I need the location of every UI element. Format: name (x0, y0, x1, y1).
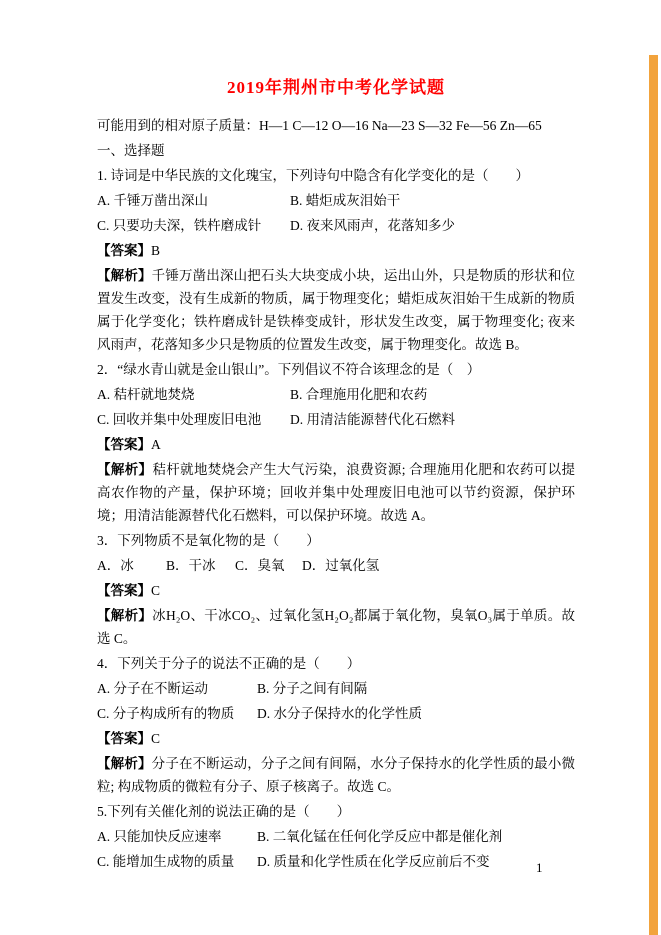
question-block-5: 5.下列有关催化剂的说法正确的是（ ） A. 只能加快反应速率 B. 二氧化锰在… (97, 800, 575, 873)
question-stem: 2．“绿水青山就是金山银山”。下列倡议不符合该理念的是（ ） (97, 358, 575, 381)
option-c: C. 能增加生成物的质量 (97, 850, 257, 873)
option-row: C. 分子构成所有的物质 D. 水分子保持水的化学性质 (97, 702, 575, 725)
option-row: A. 千锤万凿出深山 B. 蜡炬成灰泪始干 (97, 189, 575, 212)
option-c: C. 只要功夫深，铁杵磨成针 (97, 214, 290, 237)
option-a: A. 只能加快反应速率 (97, 825, 257, 848)
answer-tag: 【答案】 (97, 583, 151, 598)
option-b: B. 二氧化锰在任何化学反应中都是催化剂 (257, 825, 502, 848)
option-row: A. 秸杆就地焚烧 B. 合理施用化肥和农药 (97, 383, 575, 406)
answer-tag: 【答案】 (97, 731, 151, 746)
analysis-tag: 【解析】 (97, 462, 152, 477)
option-b: B．干冰 (166, 554, 235, 577)
question-block-3: 3．下列物质不是氧化物的是（ ） A．冰 B．干冰 C．臭氧 D．过氧化氢 【答… (97, 529, 575, 650)
option-c: C. 分子构成所有的物质 (97, 702, 257, 725)
option-row: C. 能增加生成物的质量 D. 质量和化学性质在化学反应前后不变 (97, 850, 575, 873)
atomic-mass-note: 可能用到的相对原子质量：H—1 C—12 O—16 Na—23 S—32 Fe—… (97, 114, 575, 137)
question-stem: 4．下列关于分子的说法不正确的是（ ） (97, 652, 575, 675)
option-b: B. 合理施用化肥和农药 (290, 383, 427, 406)
right-edge-accent-bar (649, 55, 658, 935)
answer-tag: 【答案】 (97, 243, 151, 258)
analysis-paragraph: 【解析】秸杆就地焚烧会产生大气污染，浪费资源; 合理施用化肥和农药可以提高农作物… (97, 458, 575, 527)
answer-line: 【答案】C (97, 727, 575, 750)
analysis-text: 冰H₂O、干冰CO₂、过氧化氢H₂O₂都属于氧化物，臭氧O₃属于单质。故选 C。 (97, 608, 575, 646)
question-stem: 1. 诗词是中华民族的文化瑰宝，下列诗句中隐含有化学变化的是（ ） (97, 164, 575, 187)
answer-value: C (151, 583, 160, 598)
answer-value: C (151, 731, 160, 746)
option-c: C．臭氧 (235, 554, 302, 577)
analysis-tag: 【解析】 (97, 608, 152, 623)
analysis-paragraph: 【解析】冰H₂O、干冰CO₂、过氧化氢H₂O₂都属于氧化物，臭氧O₃属于单质。故… (97, 604, 575, 650)
analysis-text: 千锤万凿出深山把石头大块变成小块，运出山外，只是物质的形状和位置发生改变，没有生… (97, 268, 575, 352)
analysis-text: 秸杆就地焚烧会产生大气污染，浪费资源; 合理施用化肥和农药可以提高农作物的产量，… (97, 462, 575, 523)
option-d: D. 水分子保持水的化学性质 (257, 702, 422, 725)
option-d: D．过氧化氢 (302, 554, 379, 577)
question-block-2: 2．“绿水青山就是金山银山”。下列倡议不符合该理念的是（ ） A. 秸杆就地焚烧… (97, 358, 575, 527)
option-row: C. 只要功夫深，铁杵磨成针 D. 夜来风雨声，花落知多少 (97, 214, 575, 237)
analysis-tag: 【解析】 (97, 268, 152, 283)
option-a: A. 分子在不断运动 (97, 677, 257, 700)
answer-value: A (151, 437, 161, 452)
option-a: A. 秸杆就地焚烧 (97, 383, 290, 406)
analysis-paragraph: 【解析】分子在不断运动，分子之间有间隔，水分子保持水的化学性质的最小微粒; 构成… (97, 752, 575, 798)
option-row: A．冰 B．干冰 C．臭氧 D．过氧化氢 (97, 554, 575, 577)
option-d: D. 夜来风雨声，花落知多少 (290, 214, 455, 237)
answer-value: B (151, 243, 160, 258)
question-stem: 5.下列有关催化剂的说法正确的是（ ） (97, 800, 575, 823)
option-c: C. 回收并集中处理废旧电池 (97, 408, 290, 431)
option-a: A．冰 (97, 554, 166, 577)
option-b: B. 蜡炬成灰泪始干 (290, 189, 400, 212)
option-row: A. 分子在不断运动 B. 分子之间有间隔 (97, 677, 575, 700)
question-block-4: 4．下列关于分子的说法不正确的是（ ） A. 分子在不断运动 B. 分子之间有间… (97, 652, 575, 798)
answer-line: 【答案】C (97, 579, 575, 602)
option-d: D. 用清洁能源替代化石燃料 (290, 408, 455, 431)
page-number: 1 (536, 860, 543, 876)
analysis-text: 分子在不断运动，分子之间有间隔，水分子保持水的化学性质的最小微粒; 构成物质的微… (97, 756, 575, 794)
option-d: D. 质量和化学性质在化学反应前后不变 (257, 850, 490, 873)
option-row: C. 回收并集中处理废旧电池 D. 用清洁能源替代化石燃料 (97, 408, 575, 431)
page-title: 2019年荆州市中考化学试题 (97, 76, 575, 100)
option-b: B. 分子之间有间隔 (257, 677, 367, 700)
document-page: 2019年荆州市中考化学试题 可能用到的相对原子质量：H—1 C—12 O—16… (0, 0, 661, 935)
answer-line: 【答案】A (97, 433, 575, 456)
question-block-1: 1. 诗词是中华民族的文化瑰宝，下列诗句中隐含有化学变化的是（ ） A. 千锤万… (97, 164, 575, 356)
answer-tag: 【答案】 (97, 437, 151, 452)
analysis-paragraph: 【解析】千锤万凿出深山把石头大块变成小块，运出山外，只是物质的形状和位置发生改变… (97, 264, 575, 356)
option-row: A. 只能加快反应速率 B. 二氧化锰在任何化学反应中都是催化剂 (97, 825, 575, 848)
answer-line: 【答案】B (97, 239, 575, 262)
option-a: A. 千锤万凿出深山 (97, 189, 290, 212)
analysis-tag: 【解析】 (97, 756, 152, 771)
section-heading: 一、选择题 (97, 139, 575, 162)
question-stem: 3．下列物质不是氧化物的是（ ） (97, 529, 575, 552)
